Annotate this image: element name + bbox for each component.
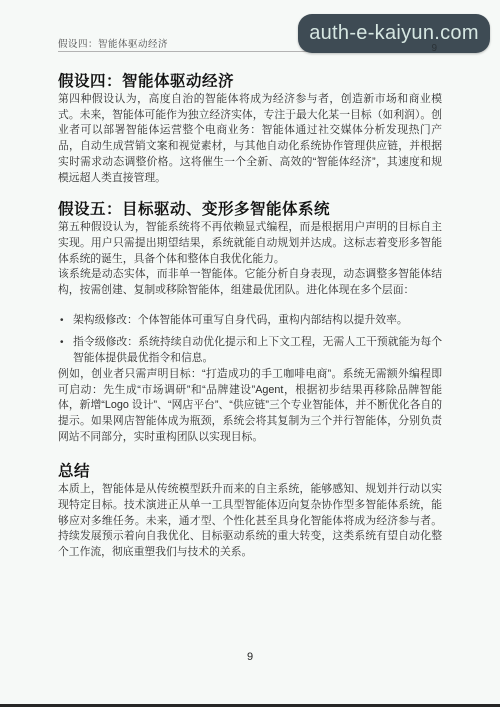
footer-page-number: 9	[0, 651, 500, 663]
list-item-text: 指令级修改：系统持续自动优化提示和上下文工程，无需人工干预就能为每个智能体提供最…	[73, 335, 442, 366]
document-page: 假设四：智能体驱动经济 9 auth-e-kaiyun.com 假设四：智能体驱…	[0, 0, 500, 707]
list-item-text: 架构级修改：个体智能体可重写自身代码，重构内部结构以提升效率。	[73, 313, 442, 329]
list-item: • 架构级修改：个体智能体可重写自身代码，重构内部结构以提升效率。	[58, 313, 442, 329]
bullet-list: • 架构级修改：个体智能体可重写自身代码，重构内部结构以提升效率。 • 指令级修…	[58, 313, 442, 367]
section-heading-hypothesis-4: 假设四：智能体驱动经济	[58, 72, 442, 92]
paragraph-hypothesis-5-intro: 第五种假设认为，智能系统将不再依赖显式编程，而是根据用户声明的目标自主实现。用户…	[58, 220, 442, 267]
bullet-icon: •	[58, 313, 73, 329]
paragraph-dynamic-system: 该系统是动态实体，而非单一智能体。它能分析自身表现，动态调整多智能体结构，按需创…	[58, 267, 442, 298]
paragraph-summary: 本质上，智能体是从传统模型跃升而来的自主系统，能够感知、规划并行动以实现特定目标…	[58, 482, 442, 561]
watermark-badge: auth-e-kaiyun.com	[298, 14, 490, 53]
running-header-title: 假设四：智能体驱动经济	[58, 39, 168, 50]
page-body: 假设四：智能体驱动经济 第四种假设认为，高度自治的智能体将成为经济参与者，创造新…	[58, 0, 442, 561]
bullet-icon: •	[58, 335, 73, 366]
list-item: • 指令级修改：系统持续自动优化提示和上下文工程，无需人工干预就能为每个智能体提…	[58, 335, 442, 366]
paragraph-hypothesis-4: 第四种假设认为，高度自治的智能体将成为经济参与者，创造新市场和商业模式。未来，智…	[58, 92, 442, 186]
watermark-label: auth-e-kaiyun.com	[309, 22, 479, 45]
section-heading-hypothesis-5: 假设五：目标驱动、变形多智能体系统	[58, 200, 442, 220]
paragraph-example-coffee-shop: 例如，创业者只需声明目标：“打造成功的手工咖啡电商”。系统无需额外编程即可启动：…	[58, 367, 442, 446]
section-heading-summary: 总结	[58, 462, 442, 482]
header-page-number: 9	[431, 43, 437, 54]
